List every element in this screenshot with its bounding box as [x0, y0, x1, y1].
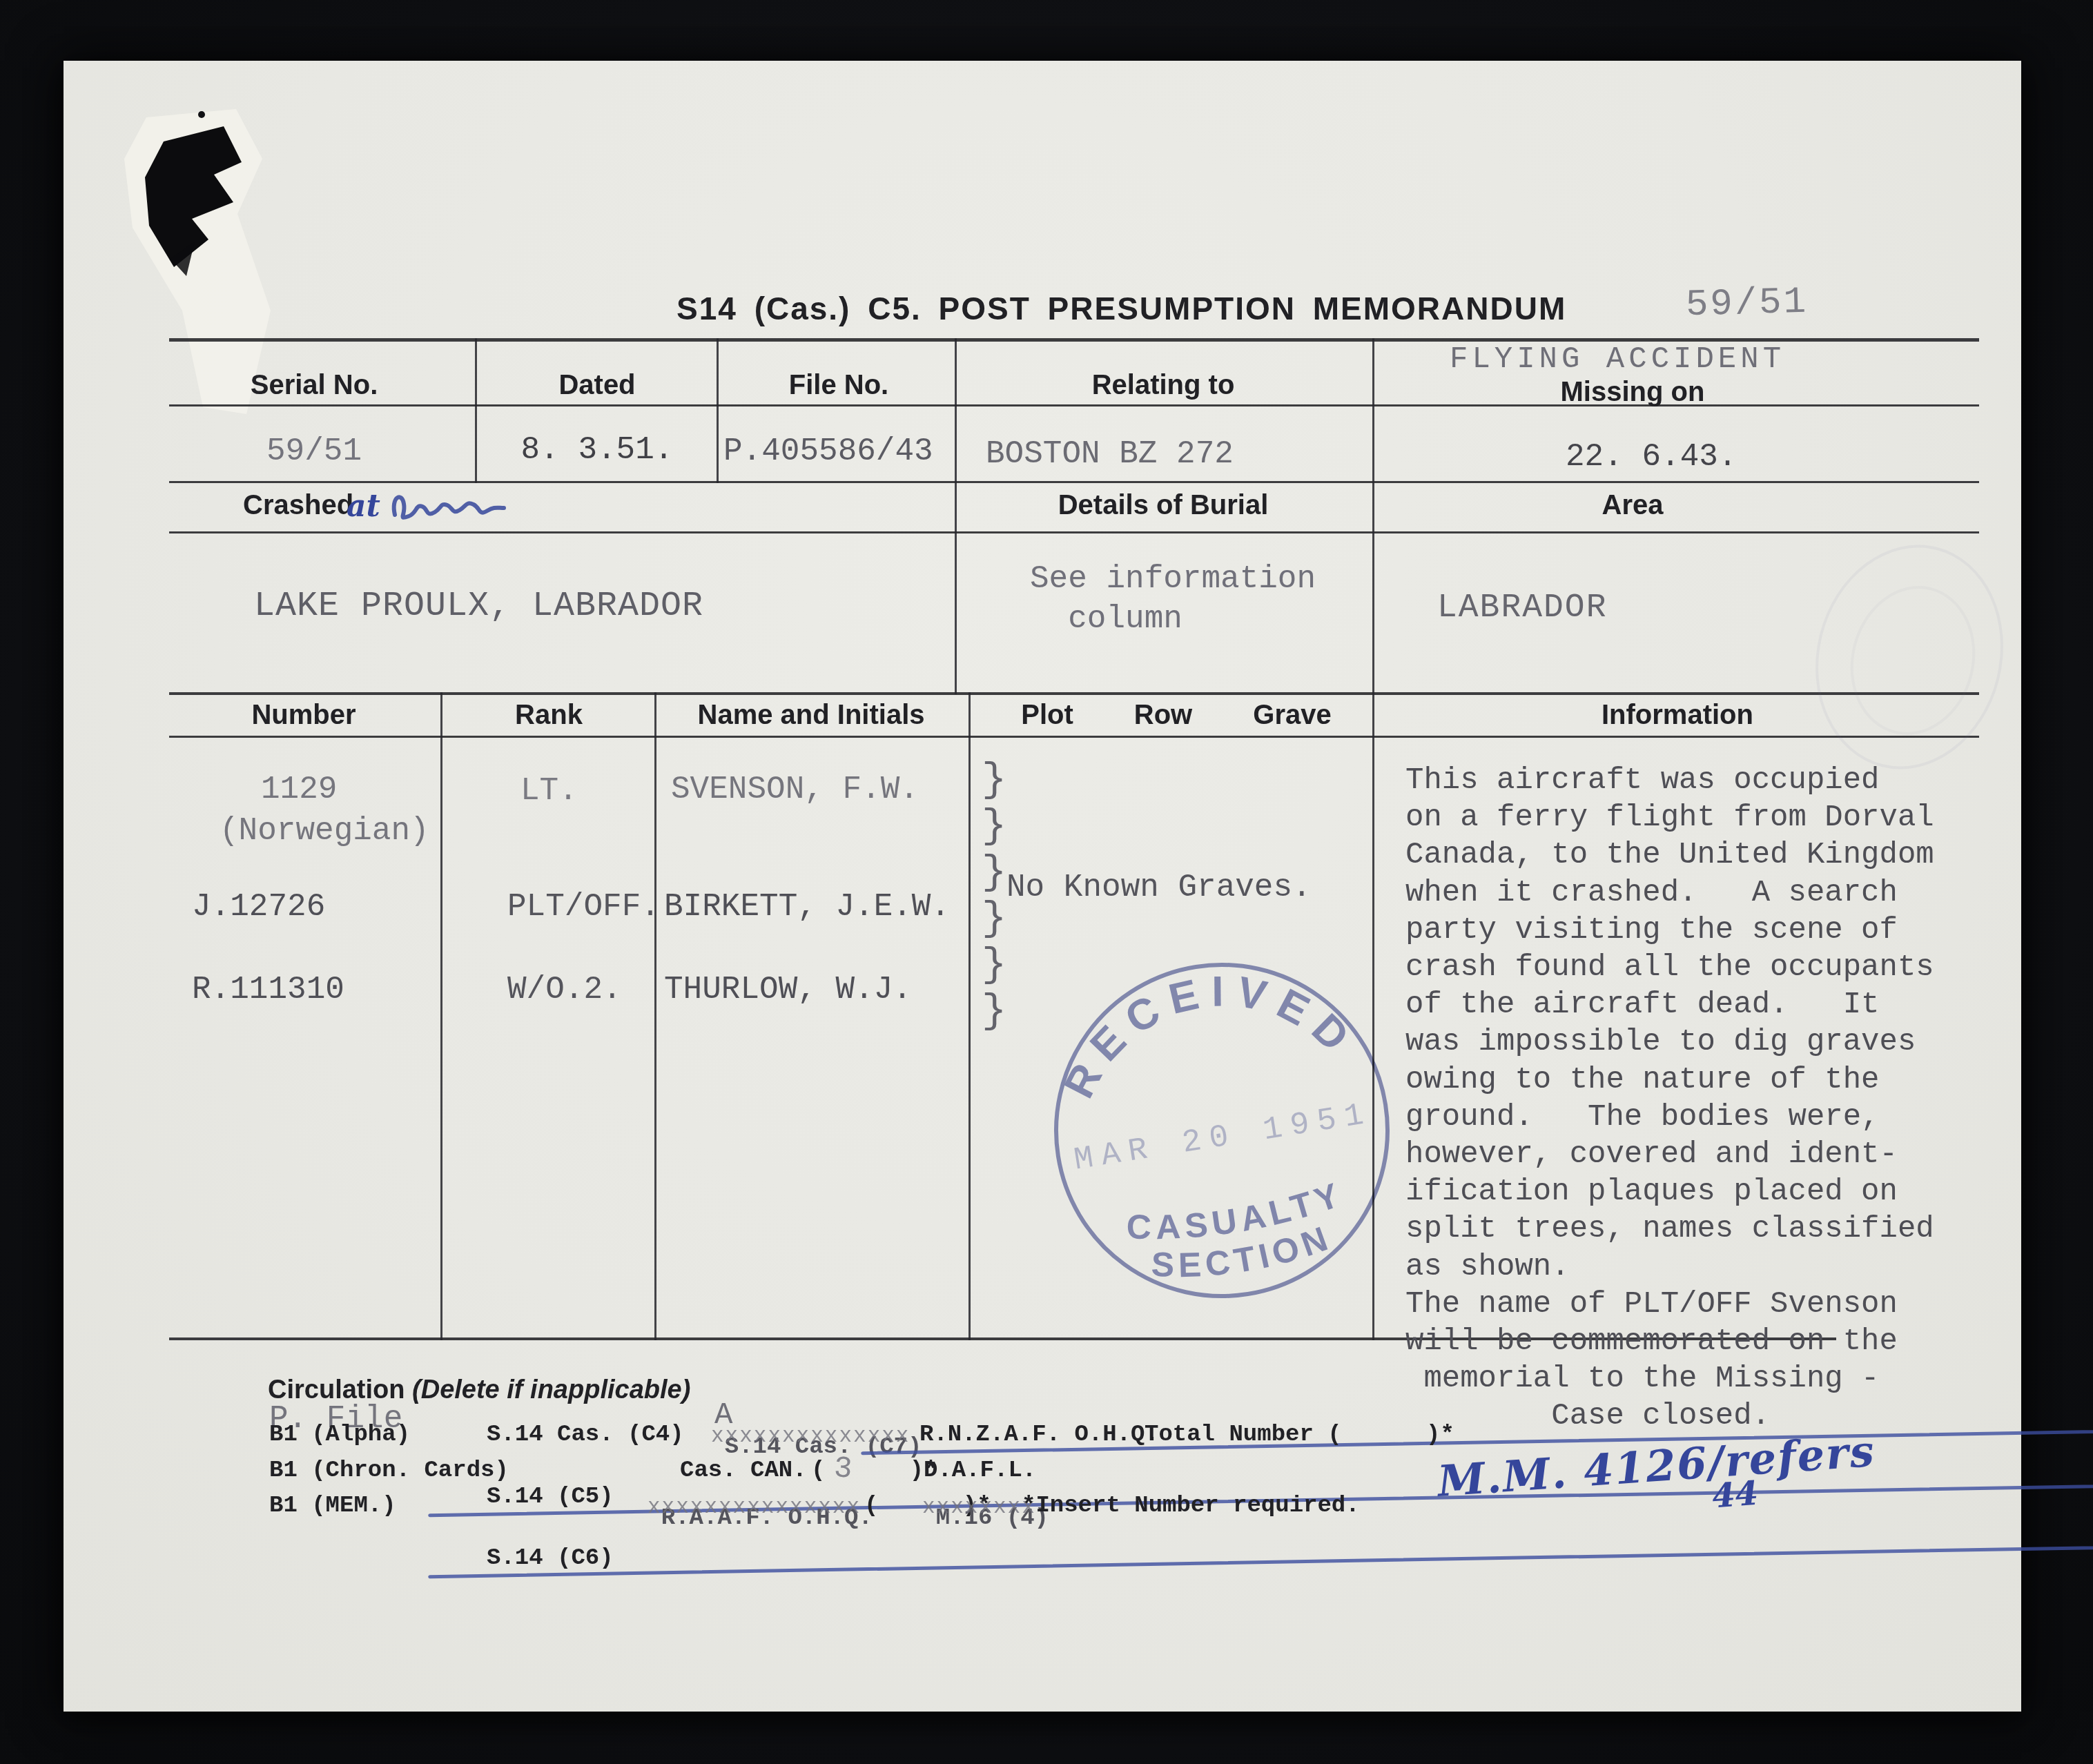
crashed-ink-scribble [388, 487, 519, 529]
column-divider [440, 692, 442, 1340]
overstrike-x: xxxxxxxx [922, 1496, 1036, 1520]
column-divider [475, 338, 477, 483]
circulation-heading-main: Circulation [268, 1375, 412, 1404]
circulation-cas-can-parens: ( )* [811, 1458, 938, 1484]
casualty-rank: W/O.2. [507, 972, 622, 1008]
information-paragraph: This aircraft was occupied on a ferry fl… [1405, 762, 1992, 1435]
value-burial: See information column [1030, 559, 1316, 639]
header-rank: Rank [456, 700, 642, 731]
value-missing-on: 22. 6.43. [1566, 439, 1737, 475]
received-stamp: RECEIVED MAR 20 1951 CASUALTY SECTION [1009, 917, 1435, 1344]
column-divider [968, 692, 971, 1340]
casualty-number: J.12726 [192, 889, 325, 925]
table-rule-crashed [169, 531, 1979, 533]
svg-text:RECEIVED: RECEIVED [1041, 945, 1370, 1112]
overstrike-x: xxxxxxxxxxxxxx [711, 1424, 910, 1449]
header-row: Row [1118, 700, 1208, 731]
circulation-s14-c4: S.14 Cas. (C4) [487, 1422, 684, 1448]
value-file-no: P.405586/43 [723, 433, 933, 469]
column-divider [654, 692, 656, 1340]
page-number-pencil: 59/51 [1685, 282, 1809, 327]
table-rule-values1 [169, 481, 1979, 483]
overstrike-x: xxxxxxxxxxxxxxx [648, 1496, 861, 1520]
document-sheet: S14 (Cas.) C5. POST PRESUMPTION MEMORAND… [64, 61, 2021, 1712]
circulation-b1-mem: B1 (MEM.) [269, 1493, 396, 1519]
casualty-number: R.111310 [192, 972, 344, 1008]
label-area: Area [1453, 490, 1812, 521]
circulation-total-number: Total Number ( )* [1145, 1422, 1454, 1448]
header-file-no: File No. [721, 370, 956, 401]
header-name-initials: Name and Initials [663, 700, 960, 731]
header-serial-no: Serial No. [207, 370, 421, 401]
circulation-dafl: D.A.F.L. [924, 1458, 1036, 1484]
casualty-name: SVENSON, F.W. [671, 772, 919, 807]
crashed-ink-word: at [347, 489, 380, 524]
value-crashed-location: LAKE PROULX, LABRADOR [254, 587, 703, 626]
circulation-footnote: *Insert Number required. [1022, 1493, 1360, 1519]
column-divider [717, 338, 719, 483]
circulation-heading-note: (Delete if inapplicable) [412, 1375, 690, 1404]
casualty-rank: PLT/OFF. [507, 889, 660, 925]
typed-flying-accident: FLYING ACCIDENT [1450, 342, 1785, 377]
value-dated: 8. 3.51. [483, 432, 711, 468]
grouping-brace: } } } } } } [982, 758, 1006, 1035]
header-plot: Plot [1002, 700, 1092, 731]
casualty-number-note: (Norwegian) [220, 813, 429, 849]
header-relating-to: Relating to [1001, 370, 1325, 401]
value-area: LABRADOR [1437, 589, 1607, 627]
table-rule-top [169, 338, 1979, 342]
stamp-date: MAR 20 1951 [1071, 1096, 1374, 1179]
circulation-b1-chron: B1 (Chron. Cards) [269, 1458, 509, 1484]
casualty-name: BIRKETT, J.E.W. [664, 889, 950, 925]
value-relating-to: BOSTON BZ 272 [986, 436, 1234, 472]
circulation-cas-can: Cas. CAN. [680, 1458, 807, 1484]
casualty-name: THURLOW, W.J. [664, 972, 912, 1008]
value-serial-no: 59/51 [207, 433, 421, 469]
document-title: S14 (Cas.) C5. POST PRESUMPTION MEMORAND… [676, 290, 1566, 327]
mm-reference-sub: 44 [1711, 1474, 1760, 1516]
casualty-rank: LT. [520, 773, 578, 809]
header-number: Number [200, 700, 407, 731]
circulation-rnzaf: R.N.Z.A.F. O.H.Q. [919, 1422, 2093, 1448]
circulation-b1-alpha: B1 (Alpha) [269, 1422, 410, 1448]
header-missing-on: Missing on [1453, 377, 1812, 408]
pencil-number-3: 3 [833, 1451, 853, 1487]
graves-note: No Known Graves. [1006, 870, 1312, 905]
header-dated: Dated [483, 370, 711, 401]
casualty-number: 1129 [261, 772, 337, 807]
label-details-of-burial: Details of Burial [1001, 490, 1325, 521]
header-grave: Grave [1237, 700, 1347, 731]
label-crashed: Crashed [243, 490, 353, 521]
stamp-text-received: RECEIVED [1041, 945, 1370, 1112]
